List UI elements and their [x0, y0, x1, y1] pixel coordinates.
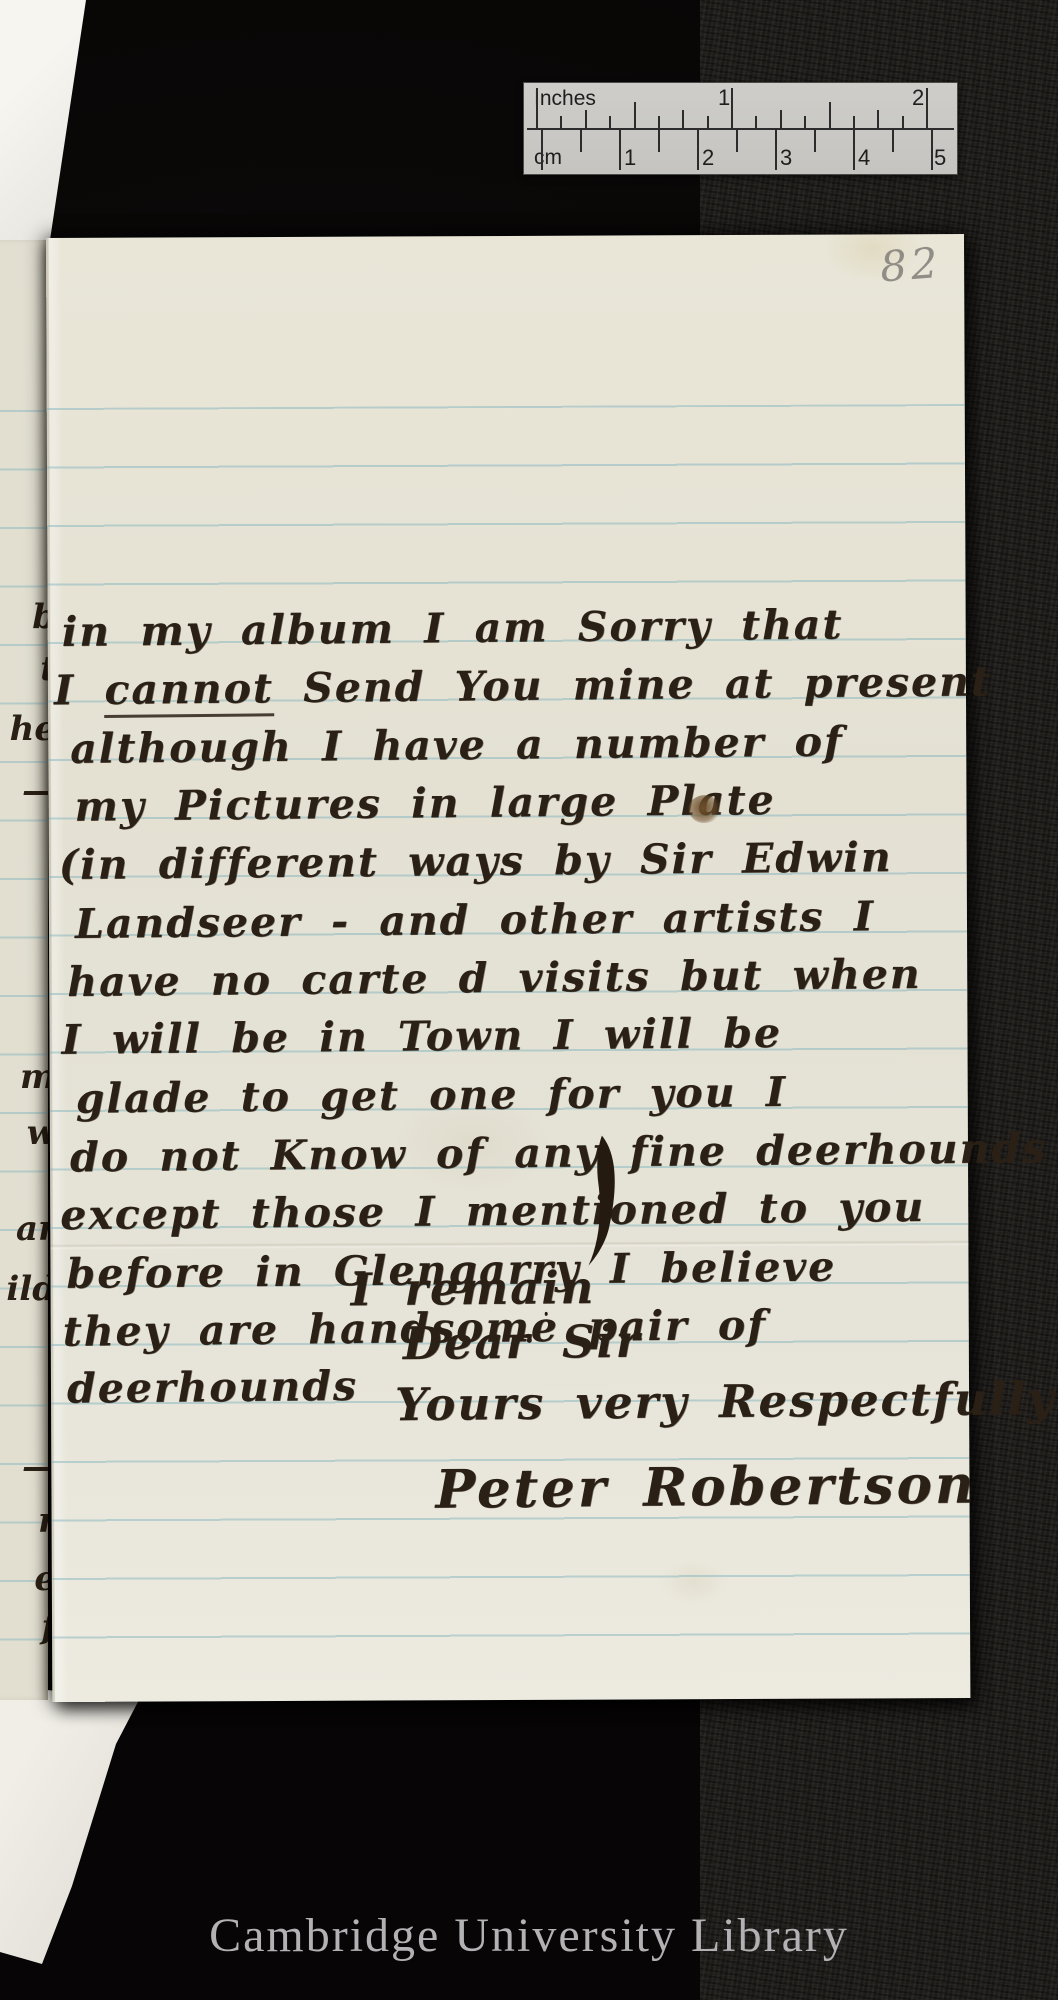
ruler-tick — [892, 130, 894, 152]
ruler-tick — [560, 116, 562, 128]
ruler-tick — [931, 130, 933, 170]
stroke-fragment: b — [32, 600, 48, 634]
ruler-tick — [658, 130, 660, 152]
stroke-fragment: — — [22, 1450, 48, 1484]
closing-line: Yours very Respectfully — [395, 1376, 1055, 1427]
ruler-cm-number: 3 — [780, 147, 792, 169]
ruler-cm-label: cm — [534, 147, 562, 168]
stroke-fragment: f — [41, 1610, 48, 1644]
ruler-tick — [755, 116, 757, 128]
signature: Peter Robertson — [435, 1459, 977, 1517]
stroke-fragment: r — [38, 1504, 48, 1538]
ruler-tick — [775, 130, 777, 170]
manuscript-line: have no carte d visits but when — [67, 954, 922, 1003]
ruler-cm-number: 2 — [702, 147, 714, 169]
ruler-tick — [682, 110, 684, 128]
ruler-inch-number: 2 — [912, 87, 924, 109]
stroke-fragment: w — [27, 1116, 48, 1150]
ruler-tick — [536, 88, 538, 128]
manuscript-line: my Pictures in large Plate — [74, 780, 775, 828]
manuscript-line: except those I mentioned to you — [60, 1187, 925, 1236]
ruler-tick — [697, 130, 699, 170]
stroke-fragment: — — [22, 774, 48, 808]
manuscript-line: I will be in Town I will be — [61, 1013, 782, 1061]
stroke-fragment: t — [40, 652, 48, 686]
ruler-tick — [634, 102, 636, 128]
facing-leaf-corner-top — [0, 0, 100, 260]
ruler-tick — [541, 130, 543, 170]
manuscript-line: although I have a number of — [70, 722, 844, 770]
ruler-cm-number: 5 — [934, 147, 946, 169]
manuscript-line: do not Know of any fine deerhounds — [70, 1128, 1047, 1178]
ruler-tick — [580, 130, 582, 152]
closing-line: I remain — [350, 1265, 595, 1312]
ruler-tick — [707, 116, 709, 128]
ruler-inches-label: Inches — [534, 88, 596, 109]
ruler-tick — [780, 110, 782, 128]
manuscript-line: (in different ways by Sir Edwin — [59, 837, 893, 886]
ruler-tick — [902, 116, 904, 128]
stroke-fragment: he — [10, 712, 48, 746]
underlined-word: cannot — [104, 664, 274, 718]
ruler-cm-number: 4 — [858, 147, 870, 169]
ruler-inch-number: 1 — [718, 87, 730, 109]
stroke-fragment: m — [20, 1060, 48, 1094]
letter-page: 82 in my album I am Sorry that I cannot … — [46, 234, 970, 1702]
manuscript-line: Landseer - and other artists I — [75, 896, 875, 945]
page-number: 82 — [878, 238, 943, 291]
manuscript-line: I cannot Send You mine at present — [54, 661, 992, 711]
ruler-tick — [877, 110, 879, 128]
ruler-midline — [527, 128, 954, 130]
manuscript-line: glade to get one for you I — [76, 1072, 788, 1120]
manuscript-line: deerhounds — [67, 1366, 358, 1410]
ruler: Inches cm 1 2 1 2 3 4 5 — [523, 82, 958, 175]
stroke-fragment: ar — [16, 1212, 48, 1246]
closing-line: Dear Sir — [403, 1319, 642, 1366]
photo-of-manuscript: b t he — m w ar ild — r e f 82 in my alb… — [0, 0, 1058, 2000]
ruler-tick — [619, 130, 621, 170]
ruler-tick — [814, 130, 816, 152]
ruler-tick — [829, 102, 831, 128]
ruler-tick — [853, 116, 855, 128]
ruler-tick — [853, 130, 855, 170]
ink-blot — [572, 1131, 633, 1271]
ink-stain — [688, 795, 720, 823]
ruler-tick — [585, 110, 587, 128]
ruler-cm-number: 1 — [624, 147, 636, 169]
library-watermark: Cambridge University Library — [0, 1908, 1058, 1963]
ruler-tick — [926, 88, 928, 128]
ruler-tick — [736, 130, 738, 152]
ruler-tick — [609, 116, 611, 128]
manuscript-line: in my album I am Sorry that — [62, 604, 844, 653]
ruler-tick — [731, 88, 733, 128]
ruler-tick — [804, 116, 806, 128]
stroke-fragment: e — [34, 1562, 48, 1596]
stroke-fragment: ild — [6, 1272, 48, 1306]
facing-page-edge: b t he — m w ar ild — r e f — [0, 240, 48, 1700]
ruler-tick — [658, 116, 660, 128]
